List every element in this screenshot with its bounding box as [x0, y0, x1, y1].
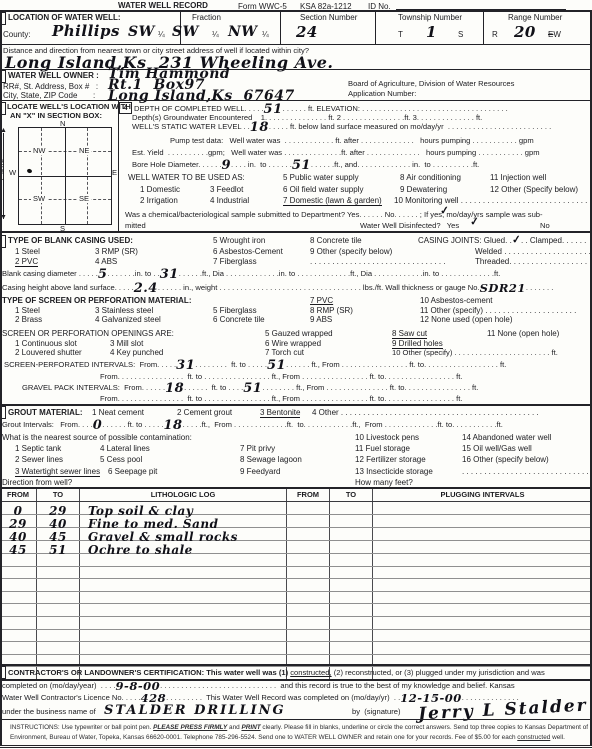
casing-option-3: 3 RMP (SR) — [95, 247, 138, 256]
grout-option-4: 4 Other . . . . . . . . . . . . . . . . … — [312, 408, 539, 417]
screen-option-5: 5 Fiberglass — [213, 306, 257, 315]
contam-option-7: 7 Pit privy — [240, 444, 275, 453]
openings-option-6: 6 Wire wrapped — [265, 339, 321, 348]
direction-from-well-label: Direction from well? — [2, 478, 72, 487]
township-t: T — [398, 30, 403, 39]
quadrant-ne-label: NE — [77, 146, 91, 155]
use-option-1: 1 Domestic — [140, 185, 180, 194]
certification-line-1: CONTRACTOR'S OR LANDOWNER'S CERTIFICATIO… — [8, 668, 545, 677]
water-well-record-form: WATER WELL RECORD Form WWC-5 KSA 82a-121… — [0, 0, 592, 749]
col-to2-header: TO — [330, 489, 373, 501]
table-row: 45 51 Ochre to shale — [0, 541, 592, 554]
table-row-empty — [0, 567, 592, 580]
contam-other-dots: . . . . . . . . . . . . . . . . . . . . … — [462, 467, 592, 476]
section-number-label: Section Number — [300, 13, 357, 22]
rule — [0, 231, 592, 233]
contam-option-8: 8 Sewage lagoon — [240, 455, 302, 464]
bore-mid: . . . . in. to . . . . . . — [231, 160, 292, 169]
depth-dots: . . . . . . ft. ELEVATION: . . . . . . .… — [283, 104, 508, 113]
table-row-empty — [0, 630, 592, 643]
rule — [0, 664, 592, 666]
table-row-empty — [0, 579, 592, 592]
bore-diameter-value: 9 — [221, 158, 231, 173]
casing-diameter-value: 5 — [98, 267, 108, 282]
compass-w-label: W — [9, 168, 16, 177]
screen-intervals-row-2: From. . . . . . . . . . . . . . . . ft. … — [100, 372, 462, 381]
grout-option-2: 2 Cement grout — [177, 408, 232, 417]
grout-option-1: 1 Neat cement — [92, 408, 144, 417]
application-number-label: Application Number: — [348, 89, 416, 98]
casing-joints-label: CASING JOINTS: Glued. . — [418, 236, 512, 245]
casing-option-6: 6 Asbestos-Cement — [213, 247, 283, 256]
screen-option-3: 3 Stainless steel — [95, 306, 153, 315]
use-option-10: 10 Monitoring well . . . . . . . . . . .… — [394, 196, 587, 205]
col-to-header: TO — [37, 489, 80, 501]
diam-mid: . . . . . . .in. to . . — [107, 269, 159, 278]
range-ew: EW — [548, 30, 561, 39]
certification-line-3: Water Well Contractor's Licence No. . . … — [2, 693, 519, 702]
table-row-empty — [0, 604, 592, 617]
bore-label: Bore Hole Diameter. . . . . . — [132, 160, 221, 169]
rule — [0, 44, 592, 45]
use-option-4: 4 Industrial — [210, 196, 249, 205]
bore-hole-line: Bore Hole Diameter. . . . . .9. . . . in… — [132, 160, 479, 169]
screen-option-11: 11 Other (specify) . . . . . . . . . . .… — [420, 306, 576, 315]
how-many-feet-label: How many feet? — [355, 478, 413, 487]
instr-1a: INSTRUCTIONS: Use typewriter or ball poi… — [10, 724, 153, 731]
quarter-glyph: ¼ — [212, 30, 219, 39]
grout-int-label: Grout Intervals: From. . . . — [2, 420, 93, 429]
quadrant-se-label: SE — [77, 194, 91, 203]
township-value: 1 — [426, 23, 437, 41]
location-heading: LOCATION OF WATER WELL: — [8, 13, 121, 22]
fraction-3-value: NW — [228, 24, 258, 40]
business-name-label: under the business name of — [2, 707, 96, 716]
casing-option-8: 8 Concrete tile — [310, 236, 362, 245]
casing-height-line: Casing height above land surface. . . . … — [2, 283, 553, 292]
col-from-header: FROM — [0, 489, 37, 501]
table-row: 40 45 Gravel & small rocks — [0, 528, 592, 541]
static-level-value: 18 — [250, 120, 269, 135]
casing-joints-clamped: . . Clamped. . . . . . — [521, 236, 586, 245]
screen-option-7-selected: 7 PVC — [310, 296, 333, 305]
instr-print: PRINT — [241, 724, 260, 731]
contam-option-9: 9 Feedyard — [240, 467, 280, 476]
checkmark-icon: ✓ — [439, 204, 450, 218]
instr-2c: well. — [550, 734, 565, 741]
rule — [0, 69, 592, 70]
screen-option-8: 8 RMP (SR) — [310, 306, 353, 315]
checkmark-icon: ✓ — [511, 236, 521, 246]
openings-option-4: 4 Key punched — [110, 348, 163, 357]
certification-line-2: completed on (mo/day/year) . . . .9-8-00… — [2, 681, 515, 690]
rule — [118, 100, 119, 231]
rule — [0, 745, 592, 748]
township-number-label: Township Number — [398, 13, 462, 22]
table-row-empty — [0, 554, 592, 567]
owner-address-label: RR#, St. Address, Box # : — [3, 82, 98, 91]
range-w: W — [553, 30, 561, 39]
compass-e-label: E — [112, 168, 117, 177]
instr-1c: and — [227, 724, 241, 731]
screen-option-2: 2 Brass — [15, 315, 42, 324]
center-line — [19, 176, 111, 177]
grout-intervals-line: Grout Intervals: From. . . .0. . . . . .… — [2, 420, 503, 429]
township-s: S — [458, 30, 463, 39]
table-row: 29 40 Fine to med. Sand — [0, 515, 592, 528]
depth-label: DEPTH OF COMPLETED WELL. . . . . — [134, 104, 264, 113]
sp-label: SCREEN-PERFORATED INTERVALS: From. . . .… — [4, 360, 176, 369]
contam-option-16: 16 Other (specify below) — [462, 455, 549, 464]
openings-option-5: 5 Gauzed wrapped — [265, 329, 333, 338]
owner-city-label: City, State, ZIP Code : — [3, 91, 95, 100]
contam-option-4: 4 Lateral lines — [100, 444, 150, 453]
bore-dots: . . . . . .ft., and. . . . . . . . . . .… — [311, 160, 479, 169]
sp-to-value: 51 — [267, 358, 286, 373]
grout-from-value: 0 — [93, 418, 103, 433]
casing-option-4: 4 ABS — [95, 257, 117, 266]
casing-joints: CASING JOINTS: Glued. .✓. . Clamped. . .… — [418, 236, 586, 245]
screen-option-12: 12 None used (open hole) — [420, 315, 513, 324]
rule — [0, 10, 592, 12]
diam-label: Blank casing diameter . . . . . — [2, 269, 98, 278]
casing-depth-value: 31 — [160, 267, 179, 282]
instr-1e: clearly. Please fill in blanks, underlin… — [261, 724, 592, 731]
casing-heading: TYPE OF BLANK CASING USED: — [8, 236, 133, 245]
grout-heading: GROUT MATERIAL: — [8, 408, 83, 417]
screen-option-1: 1 Steel — [15, 306, 40, 315]
sample-question-line: Was a chemical/bacteriological sample su… — [125, 210, 543, 219]
fraction-2-value: SW — [172, 24, 199, 40]
use-option-9: 9 Dewatering — [400, 185, 447, 194]
groundwater-line: Depth(s) Groundwater Encountered 1. . . … — [132, 113, 482, 122]
sp-from-value: 31 — [176, 358, 195, 373]
sp-dots: . . . . . . ft., From . . . . . . . . . … — [286, 360, 506, 369]
openings-option-8-selected: 8 Saw cut — [392, 329, 427, 339]
openings-option-7: 7 Torch cut — [265, 348, 304, 357]
gravel-pack-intervals-line: GRAVEL PACK INTERVALS: From. . . . . .18… — [22, 383, 478, 392]
casing-option-2-selected: 2 PVC — [15, 257, 38, 267]
use-option-8: 8 Air conditioning — [400, 173, 461, 182]
contam-option-15: 15 Oil well/Gas well — [462, 444, 532, 453]
use-heading: WELL WATER TO BE USED AS: — [128, 173, 245, 182]
gp-dots: . . . . . . . . ft., From . . . . . . . … — [262, 383, 478, 392]
cert-constructed-selected: constructed, — [290, 668, 331, 677]
quadrant-sw-label: SW — [31, 194, 47, 203]
instr-2a: Environment, Bureau of Water, Topeka, Ka… — [10, 734, 517, 741]
grout-dots: . . . . .ft., From . . . . . . . . . . .… — [183, 420, 503, 429]
contam-option-1: 1 Septic tank — [15, 444, 61, 453]
openings-heading: SCREEN OR PERFORATION OPENINGS ARE: — [2, 329, 174, 338]
range-r: R — [492, 30, 498, 39]
contam-option-11: 11 Fuel storage — [355, 444, 410, 453]
openings-option-1: 1 Continuous slot — [15, 339, 77, 348]
sp-mid: . . . . . . . . ft. to . . . . . — [195, 360, 267, 369]
locator-heading-1: LOCATE WELL'S LOCATION WITH — [7, 102, 131, 111]
casing-welded: Welded . . . . . . . . . . . . . . . . .… — [475, 247, 592, 256]
casing-option-9: 9 Other (specify below) — [310, 247, 392, 256]
gp-mid: . . . . . . ft. to . . . . — [184, 383, 243, 392]
cert-heading: CONTRACTOR'S OR LANDOWNER'S CERTIFICATIO… — [8, 668, 290, 677]
contam-option-10: 10 Livestock pens — [355, 433, 419, 442]
screen-option-6: 6 Concrete tile — [213, 315, 265, 324]
grout-mid: . . . . . . ft. to . . . . . — [102, 420, 163, 429]
completed-on-label: completed on (mo/day/year) . . . . — [2, 681, 116, 690]
contam-option-12: 12 Fertilizer storage — [355, 455, 426, 464]
contam-option-14: 14 Abandoned water well — [462, 433, 551, 442]
screen-option-9: 9 ABS — [310, 315, 332, 324]
fraction-label: Fraction — [192, 13, 221, 22]
quarter-glyph: ¼ — [262, 30, 269, 39]
contamination-question: What is the nearest source of possible c… — [2, 433, 192, 442]
board-of-agriculture-text: Board of Agriculture, Division of Water … — [348, 79, 514, 88]
section-number-4: 4 — [123, 103, 127, 112]
est-yield-line: Est. Yield . . . . . . . . . .gpm; Well … — [132, 148, 540, 157]
rule — [0, 404, 592, 406]
contam-option-5: 5 Cess pool — [100, 455, 142, 464]
business-name-value: STALDER DRILLING — [104, 703, 286, 718]
contam-option-3-selected: 3 Watertight sewer lines — [15, 467, 100, 477]
disinfected-no-label: No — [540, 221, 550, 230]
casing-diameter-line: Blank casing diameter . . . . .5. . . . … — [2, 269, 500, 278]
openings-option-11: 11 None (open hole) — [487, 329, 559, 338]
col-lithologic-log-header: LITHOLOGIC LOG — [80, 489, 287, 501]
table-row-empty — [0, 617, 592, 630]
section-number-4-box: 4 — [119, 102, 132, 114]
well-location-mark — [26, 168, 32, 173]
instructions-line-2: Environment, Bureau of Water, Topeka, Ka… — [10, 734, 565, 742]
range-value: 20 — [514, 23, 536, 41]
instr-press-firmly: PLEASE PRESS FIRMLY — [153, 724, 227, 731]
rule — [0, 719, 592, 720]
disinfected-question: Water Well Disinfected? Yes — [360, 221, 459, 230]
use-option-5: 5 Public water supply — [283, 173, 359, 182]
casing-option-7: 7 Fiberglass — [213, 257, 257, 266]
use-option-6: 6 Oil field water supply — [283, 185, 363, 194]
gauge-value: SDR21 — [480, 281, 526, 295]
col-plugging-intervals-header: PLUGGING INTERVALS — [373, 489, 592, 501]
static-label: WELL'S STATIC WATER LEVEL . . — [132, 122, 250, 131]
screen-option-10: 10 Asbestos-cement — [420, 296, 492, 305]
depth-line: DEPTH OF COMPLETED WELL. . . . .51. . . … — [134, 104, 508, 113]
use-option-11: 11 Injection well — [490, 173, 546, 182]
table-row-empty — [0, 642, 592, 655]
contam-option-13: 13 Insecticide storage — [355, 467, 433, 476]
use-option-2: 2 Irrigation — [140, 196, 178, 205]
locator-heading-2: AN "X" IN SECTION BOX: — [10, 111, 102, 120]
bore-depth-value: 51 — [292, 158, 311, 173]
casing-height-value: 2.4 — [134, 281, 158, 296]
gp-label: GRAVEL PACK INTERVALS: From. . . . . . — [22, 383, 165, 392]
rule — [375, 10, 376, 44]
cert-line2-rest: . . . . . . . . . . . . . . . . . . . . … — [160, 681, 515, 690]
gravel-intervals-row-2: From. . . . . . . . . . . . . . . . ft. … — [100, 394, 462, 403]
casing-threaded: Threaded. . . . . . . . . . . . . . . . … — [475, 257, 592, 266]
static-dots: . . . . . ft. below land surface measure… — [269, 122, 551, 131]
use-option-12: 12 Other (Specify below) — [490, 185, 578, 194]
record-completed-label: . . . . . . . . . This Water Well Record… — [166, 693, 400, 702]
instructions-line-1: INSTRUCTIONS: Use typewriter or ball poi… — [10, 724, 592, 732]
form-title: WATER WELL RECORD — [118, 1, 208, 10]
rule — [483, 10, 484, 44]
diam-dots: . . . . . .ft., Dia . . . . . . . . . . … — [179, 269, 501, 278]
section-number-value: 24 — [296, 23, 318, 41]
casing-option-5: 5 Wrought iron — [213, 236, 265, 245]
rule — [0, 100, 592, 101]
grout-option-3-selected: 3 Bentonite — [260, 408, 300, 418]
height-label: Casing height above land surface. . . . … — [2, 283, 134, 292]
use-option-3: 3 Feedlot — [210, 185, 243, 194]
lithologic-table: FROM TO LITHOLOGIC LOG FROM TO PLUGGING … — [0, 487, 592, 681]
contam-option-2: 2 Sewer lines — [15, 455, 63, 464]
county-value: Phillips — [52, 22, 120, 40]
table-row: 0 29 Top soil & clay — [0, 502, 592, 515]
checkmark-icon: ✓ — [469, 215, 480, 229]
instr-constructed: constructed — [517, 734, 550, 741]
quadrant-nw-label: NW — [31, 146, 48, 155]
casing-option-1: 1 Steel — [15, 247, 40, 256]
table-header-row: FROM TO LITHOLOGIC LOG FROM TO PLUGGING … — [0, 489, 592, 502]
table-row-empty — [0, 592, 592, 605]
col-from2-header: FROM — [287, 489, 330, 501]
license-label: Water Well Contractor's Licence No. . . … — [2, 693, 141, 702]
grout-to-value: 18 — [163, 418, 182, 433]
screen-perforated-intervals-line: SCREEN-PERFORATED INTERVALS: From. . . .… — [4, 360, 506, 369]
by-signature-label: by (signature) — [352, 707, 401, 716]
county-label: County: — [3, 30, 31, 39]
screen-option-4: 4 Galvanized steel — [95, 315, 161, 324]
fraction-1-value: SW — [128, 24, 155, 40]
cert-line1-rest: (2) reconstructed, or (3) plugged under … — [332, 668, 545, 677]
screen-heading: TYPE OF SCREEN OR PERFORATION MATERIAL: — [2, 296, 191, 305]
sample-question-wrap: mitted — [125, 221, 146, 230]
range-number-label: Range Number — [508, 13, 562, 22]
gauge-dots: . . . . . . . — [526, 283, 553, 292]
section-locator-box: NW NE SW SE — [18, 127, 112, 225]
pump-test-line: Pump test data: Well water was . . . . .… — [170, 136, 534, 145]
casing-other-dots: . . . . . . . . . . . . . . . . . . . . … — [310, 257, 446, 266]
contam-option-6: 6 Seepage pit — [108, 467, 157, 476]
height-dots: . . . . . . in., weight . . . . . . . . … — [158, 283, 480, 292]
quarter-glyph: ¼ — [158, 30, 165, 39]
page-left-border — [0, 10, 2, 746]
rule — [280, 10, 281, 44]
owner-label: WATER WELL OWNER : — [8, 71, 99, 80]
openings-option-2: 2 Louvered shutter — [15, 348, 82, 357]
openings-option-3: 3 Mill slot — [110, 339, 143, 348]
static-level-line: WELL'S STATIC WATER LEVEL . .18. . . . .… — [132, 122, 551, 131]
use-option-7-selected: 7 Domestic (lawn & garden) — [283, 196, 382, 206]
openings-option-10: 10 Other (specify) . . . . . . . . . . .… — [392, 348, 558, 357]
